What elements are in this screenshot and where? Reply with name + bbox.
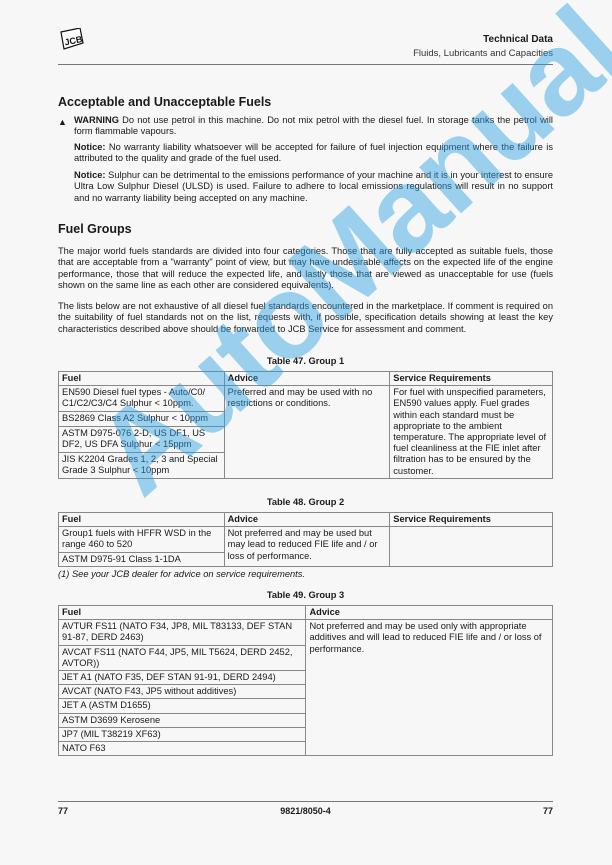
section-heading-fuel-groups: Fuel Groups — [58, 222, 132, 236]
column-header: Service Requirements — [390, 513, 553, 527]
warning-label: WARNING — [74, 115, 119, 125]
page-footer: 77 9821/8050-4 77 — [58, 801, 553, 822]
fuel-groups-intro: The major world fuels standards are divi… — [58, 246, 553, 291]
table-48-caption: Table 48. Group 2 — [58, 497, 553, 507]
column-header: Service Requirements — [390, 372, 553, 386]
jcb-logo-icon: JCB — [60, 28, 84, 50]
fuel-cell: AVTUR FS11 (NATO F34, JP8, MIL T83133, D… — [59, 620, 306, 645]
fuel-cell: JIS K2204 Grades 1, 2, 3 and Special Gra… — [59, 452, 225, 478]
fuel-cell: JET A (ASTM D1655) — [59, 699, 306, 713]
service-cell: For fuel with unspecified parameters, EN… — [390, 386, 553, 479]
fuel-cell: ASTM D975-076 2-D, US DF1, US DF2, US DF… — [59, 426, 225, 452]
notice-warranty: Notice: No warranty liability whatsoever… — [74, 142, 553, 165]
table-row: EN590 Diesel fuel types - Auto/C0/ C1/C2… — [59, 386, 553, 412]
page-number-right: 77 — [543, 806, 553, 816]
page-header: JCB Technical Data Fluids, Lubricants an… — [58, 28, 553, 65]
service-cell — [390, 527, 553, 567]
notice-label: Notice: — [74, 142, 106, 152]
notice-body: No warranty liability whatsoever will be… — [74, 142, 553, 163]
fuel-cell: AVCAT (NATO F43, JP5 without additives) — [59, 685, 306, 699]
fuel-groups-note: The lists below are not exhaustive of al… — [58, 301, 553, 335]
notice-label: Notice: — [74, 170, 106, 180]
column-header: Fuel — [59, 606, 306, 620]
header-title: Technical Data — [413, 33, 553, 47]
fuel-cell: ASTM D975-91 Class 1-1DA — [59, 552, 225, 566]
column-header: Advice — [224, 372, 390, 386]
fuel-cell: AVCAT FS11 (NATO F44, JP5, MIL T5624, DE… — [59, 645, 306, 670]
advice-cell: Not preferred and may be used but may le… — [224, 527, 390, 567]
warning-body: Do not use petrol in this machine. Do no… — [74, 115, 553, 136]
table-row: AVTUR FS11 (NATO F34, JP8, MIL T83133, D… — [59, 620, 553, 645]
document-number: 9821/8050-4 — [58, 806, 553, 816]
fuel-cell: NATO F63 — [59, 742, 306, 756]
section-heading-fuels: Acceptable and Unacceptable Fuels — [58, 95, 271, 109]
table-48-footnote: (1) See your JCB dealer for advice on se… — [58, 569, 305, 579]
column-header: Advice — [224, 513, 390, 527]
table-49-caption: Table 49. Group 3 — [58, 590, 553, 600]
fuel-cell: ASTM D3699 Kerosene — [59, 713, 306, 727]
notice-sulphur: Notice: Sulphur can be detrimental to th… — [74, 170, 553, 204]
column-header: Fuel — [59, 372, 225, 386]
warning-triangle-icon: ▲ — [58, 117, 67, 127]
table-group-3: Fuel Advice AVTUR FS11 (NATO F34, JP8, M… — [58, 605, 553, 756]
warning-text: WARNING Do not use petrol in this machin… — [74, 115, 553, 138]
advice-cell: Not preferred and may be used only with … — [306, 620, 553, 756]
table-group-2: Fuel Advice Service Requirements Group1 … — [58, 512, 553, 567]
fuel-cell: EN590 Diesel fuel types - Auto/C0/ C1/C2… — [59, 386, 225, 412]
fuel-cell: JET A1 (NATO F35, DEF STAN 91-91, DERD 2… — [59, 671, 306, 685]
fuel-cell: JP7 (MIL T38219 XF63) — [59, 727, 306, 741]
advice-cell: Preferred and may be used with no restri… — [224, 386, 390, 479]
notice-body: Sulphur can be detrimental to the emissi… — [74, 170, 553, 203]
header-subtitle: Fluids, Lubricants and Capacities — [413, 47, 553, 60]
fuel-cell: BS2869 Class A2 Sulphur < 10ppm — [59, 412, 225, 427]
table-group-1: Fuel Advice Service Requirements EN590 D… — [58, 371, 553, 479]
fuel-cell: Group1 fuels with HFFR WSD in the range … — [59, 527, 225, 552]
column-header: Fuel — [59, 513, 225, 527]
table-47-caption: Table 47. Group 1 — [58, 356, 553, 366]
table-row: Group1 fuels with HFFR WSD in the range … — [59, 527, 553, 552]
column-header: Advice — [306, 606, 553, 620]
